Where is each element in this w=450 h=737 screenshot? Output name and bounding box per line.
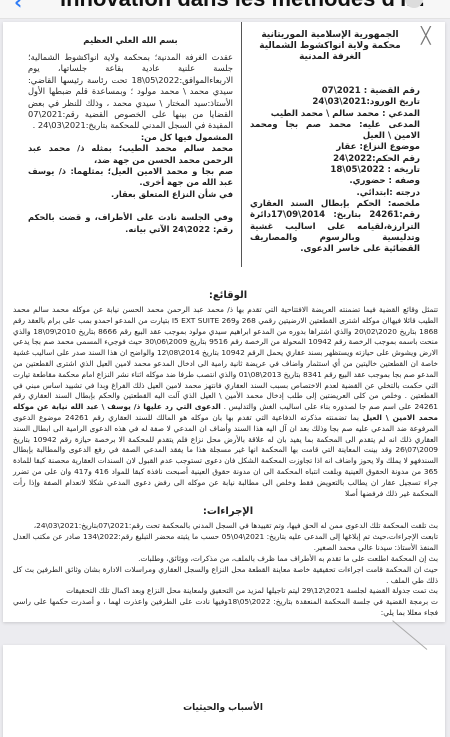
judgment-date: تاريخه : 2022\05\18: [250, 165, 420, 176]
judgment-summary: ملخصه: الحكم بإبطال السند العقاري رقم:24…: [250, 199, 420, 255]
arrival-date: تاريخ الورود:2021\03\24: [250, 97, 420, 108]
document-page-1: ╳ الجمهورية الإسلامية الموريتانية محكمة …: [3, 22, 445, 622]
procedures-body: بث تلقت المحكمة تلك الدعوى ممن له الحق ف…: [13, 521, 438, 619]
procedure-line: تابعت الإجراءات،حيث تم إبلاغها إلى المدع…: [13, 532, 438, 554]
facts-text-2: بما تضمنته مذكرته الدفاعية التي تقدم بها…: [13, 413, 438, 498]
facts-title: الوقائع:: [183, 290, 273, 301]
case-metadata: رقم القضية : 2021\07 تاريخ الورود:2021\0…: [250, 86, 420, 255]
header-court: محكمة ولاية انواكشوط الشمالية: [245, 41, 415, 52]
procedure-line: بث تلقت المحكمة تلك الدعوى ممن له الحق ف…: [13, 521, 438, 532]
document-title: innovation dans les méthodes d'i...: [60, 0, 390, 10]
dispute-note: في شأن النزاع المتعلق بعقار.: [28, 189, 233, 200]
parties-title: المشمول فيها كل من:: [28, 132, 233, 143]
header-chamber: الغرفة المدنية: [245, 52, 415, 63]
procedure-line: بث تمت جدولة القضية لجلسة 2021\12\29 ليت…: [13, 586, 438, 597]
session-result: وفي الجلسة نادت على الأطراف، و قضت بالحك…: [28, 212, 233, 235]
procedures-title: الإجراءات:: [183, 506, 273, 517]
procedure-line: ت برمجة القضية في جلسة المحكمة المنعقدة …: [13, 597, 438, 619]
scan-mark-icon: ╳: [421, 28, 437, 48]
facts-body: تتمثل وقائع القضية فيما تضمنته العريضة ا…: [13, 305, 438, 499]
scan-fold-line: [392, 620, 427, 650]
party-defendants: صم بجا و محمد الامين العيل؛ بمثلهما: ذ/ …: [28, 166, 233, 189]
procedure-line: حيث ان المحكمة قامت اجراءات تحقيقية خاصة…: [13, 565, 438, 587]
document-page-2: الأسباب والحيثيات: [3, 645, 445, 737]
defendant: المدعى عليه: محمد صم بجا ومحمد الامين \ …: [250, 120, 420, 143]
reasons-title: الأسباب والحيثيات: [133, 703, 313, 713]
intro-paragraph: عقدت الغرفة المدنية؛ بمحكمة ولاية انواكش…: [28, 52, 233, 132]
procedure-line: بث إن المحكمة اطلعت على ما تقدم به الأطر…: [13, 554, 438, 565]
dispute-subject: موضوع النزاع: عقار: [250, 142, 420, 153]
judgment-description: وصفه : حضوري.: [250, 176, 420, 187]
court-header: الجمهورية الإسلامية الموريتانية محكمة ول…: [245, 30, 415, 63]
basmala: بسم الله العلي العظيم: [28, 36, 233, 46]
plaintiff: المدعي : محمد سالم \ محمد الطيب: [250, 109, 420, 120]
session-intro: عقدت الغرفة المدنية؛ بمحكمة ولاية انواكش…: [28, 52, 233, 235]
app-top-bar: ‹ innovation dans les méthodes d'i...: [0, 0, 450, 19]
back-chevron-icon[interactable]: ‹: [14, 0, 22, 12]
column-divider: [241, 22, 242, 267]
case-number: رقم القضية : 2021\07: [250, 86, 420, 97]
header-republic: الجمهورية الإسلامية الموريتانية: [245, 30, 415, 41]
judgment-degree: درجته :ابتدائي.: [250, 188, 420, 199]
facts-text: تتمثل وقائع القضية فيما تضمنته العريضة ا…: [13, 305, 438, 411]
judgment-number: رقم الحكم:2022\24: [250, 154, 420, 165]
party-plaintiff: محمد سالم محمد الطيب؛ بمثله ذ/ محمد عبد …: [28, 143, 233, 166]
